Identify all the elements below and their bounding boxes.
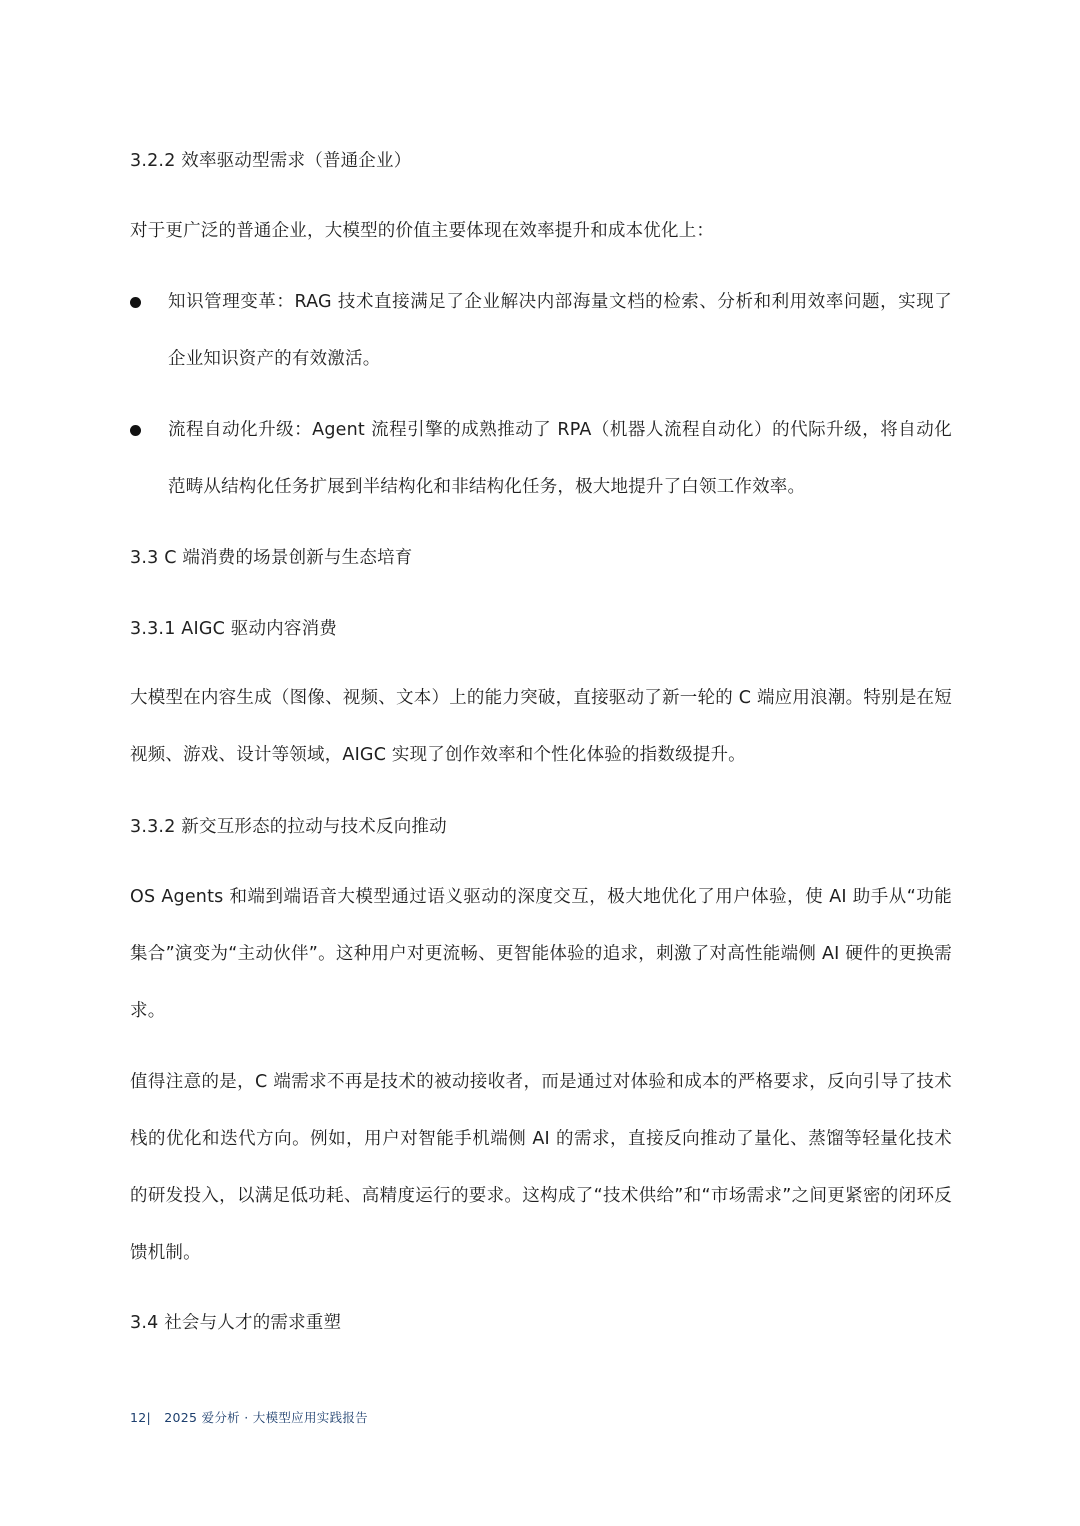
heading-3-2-2: 3.2.2 效率驱动型需求（普通企业） [130,149,952,173]
bullet-dot-icon [130,425,141,436]
paragraph-3-3-1: 大模型在内容生成（图像、视频、文本）上的能力突破，直接驱动了新一轮的 C 端应用… [130,670,952,784]
paragraph-3-3-2-b: 值得注意的是，C 端需求不再是技术的被动接收者，而是通过对体验和成本的严格要求，… [130,1054,952,1282]
footer-title: 2025 爱分析 · 大模型应用实践报告 [164,1410,368,1425]
paragraph-3-2-2-intro: 对于更广泛的普通企业，大模型的价值主要体现在效率提升和成本优化上： [130,203,952,260]
document-page: 3.2.2 效率驱动型需求（普通企业） 对于更广泛的普通企业，大模型的价值主要体… [0,0,1080,1526]
bullet-text: 知识管理变革：RAG 技术直接满足了企业解决内部海量文档的检索、分析和利用效率问… [168,274,952,388]
bullet-dot-icon [130,297,141,308]
heading-3-4: 3.4 社会与人才的需求重塑 [130,1311,952,1335]
heading-3-3: 3.3 C 端消费的场景创新与生态培育 [130,546,952,570]
paragraph-3-3-2-a: OS Agents 和端到端语音大模型通过语义驱动的深度交互，极大地优化了用户体… [130,869,952,1040]
page-number: 12| [130,1410,160,1425]
heading-3-3-2: 3.3.2 新交互形态的拉动与技术反向推动 [130,815,952,839]
bullet-item-process-automation: 流程自动化升级：Agent 流程引擎的成熟推动了 RPA（机器人流程自动化）的代… [130,402,952,516]
bullet-item-knowledge-management: 知识管理变革：RAG 技术直接满足了企业解决内部海量文档的检索、分析和利用效率问… [130,274,952,388]
bullet-text: 流程自动化升级：Agent 流程引擎的成熟推动了 RPA（机器人流程自动化）的代… [168,402,952,516]
page-footer: 12| 2025 爱分析 · 大模型应用实践报告 [130,1408,368,1426]
heading-3-3-1: 3.3.1 AIGC 驱动内容消费 [130,617,952,641]
